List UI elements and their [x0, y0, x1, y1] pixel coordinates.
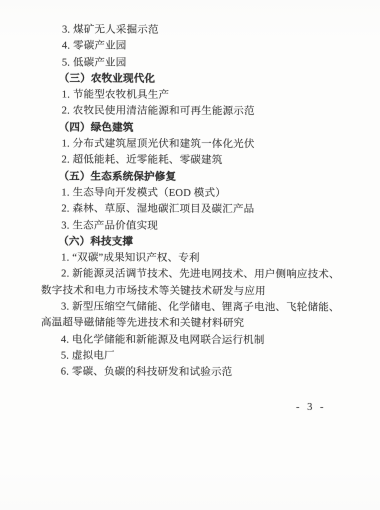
document-line: 6. 零碳、负碳的科技研发和试验示范 — [41, 365, 341, 382]
document-line: （三）农牧业现代化 — [42, 71, 342, 88]
document-line: （五）生态系统保护修复 — [41, 169, 341, 186]
document-line: 2. 新能源灵活调节技术、先进电网技术、用户侧响应技术、 — [41, 267, 341, 284]
document-line: 3. 新型压缩空气储能、化学储电、锂离子电池、飞轮储能、 — [41, 300, 341, 317]
document-line: 2. 农牧民使用清洁能源和可再生能源示范 — [42, 104, 342, 121]
document-line: 1. 节能型农牧机具生产 — [42, 88, 342, 105]
document-line: 1. 生态导向开发模式（EOD 模式） — [41, 185, 341, 202]
document-line: 1. “双碳”成果知识产权、专利 — [41, 251, 341, 268]
document-line: 3. 生态产品价值实现 — [41, 218, 341, 235]
document-body: 3. 煤矿无人采掘示范4. 零碳产业园5. 低碳产业园（三）农牧业现代化1. 节… — [41, 22, 342, 382]
document-line: 数字技术和电力市场技术等关键技术研发与应用 — [41, 283, 341, 300]
document-line: （六）科技支撑 — [41, 234, 341, 251]
document-line: （四）绿色建筑 — [42, 120, 342, 137]
scanned-document-page: { "document": { "lines": [ { "type": "it… — [0, 0, 380, 510]
document-line: 2. 超低能耗、近零能耗、零碳建筑 — [41, 153, 341, 170]
document-line: 5. 虚拟电厂 — [41, 348, 341, 365]
document-line: 2. 森林、草原、湿地碳汇项目及碳汇产品 — [41, 202, 341, 219]
document-line: 4. 零碳产业园 — [42, 39, 342, 56]
document-line: 5. 低碳产业园 — [42, 55, 342, 72]
document-line: 3. 煤矿无人采掘示范 — [42, 22, 342, 39]
document-line: 4. 电化学储能和新能源及电网联合运行机制 — [41, 332, 341, 349]
document-line: 1. 分布式建筑屋顶光伏和建筑一体化光伏 — [42, 137, 342, 154]
document-line: 高温超导磁储能等先进技术和关键材料研究 — [41, 316, 341, 333]
page-number: - 3 - — [296, 401, 326, 415]
